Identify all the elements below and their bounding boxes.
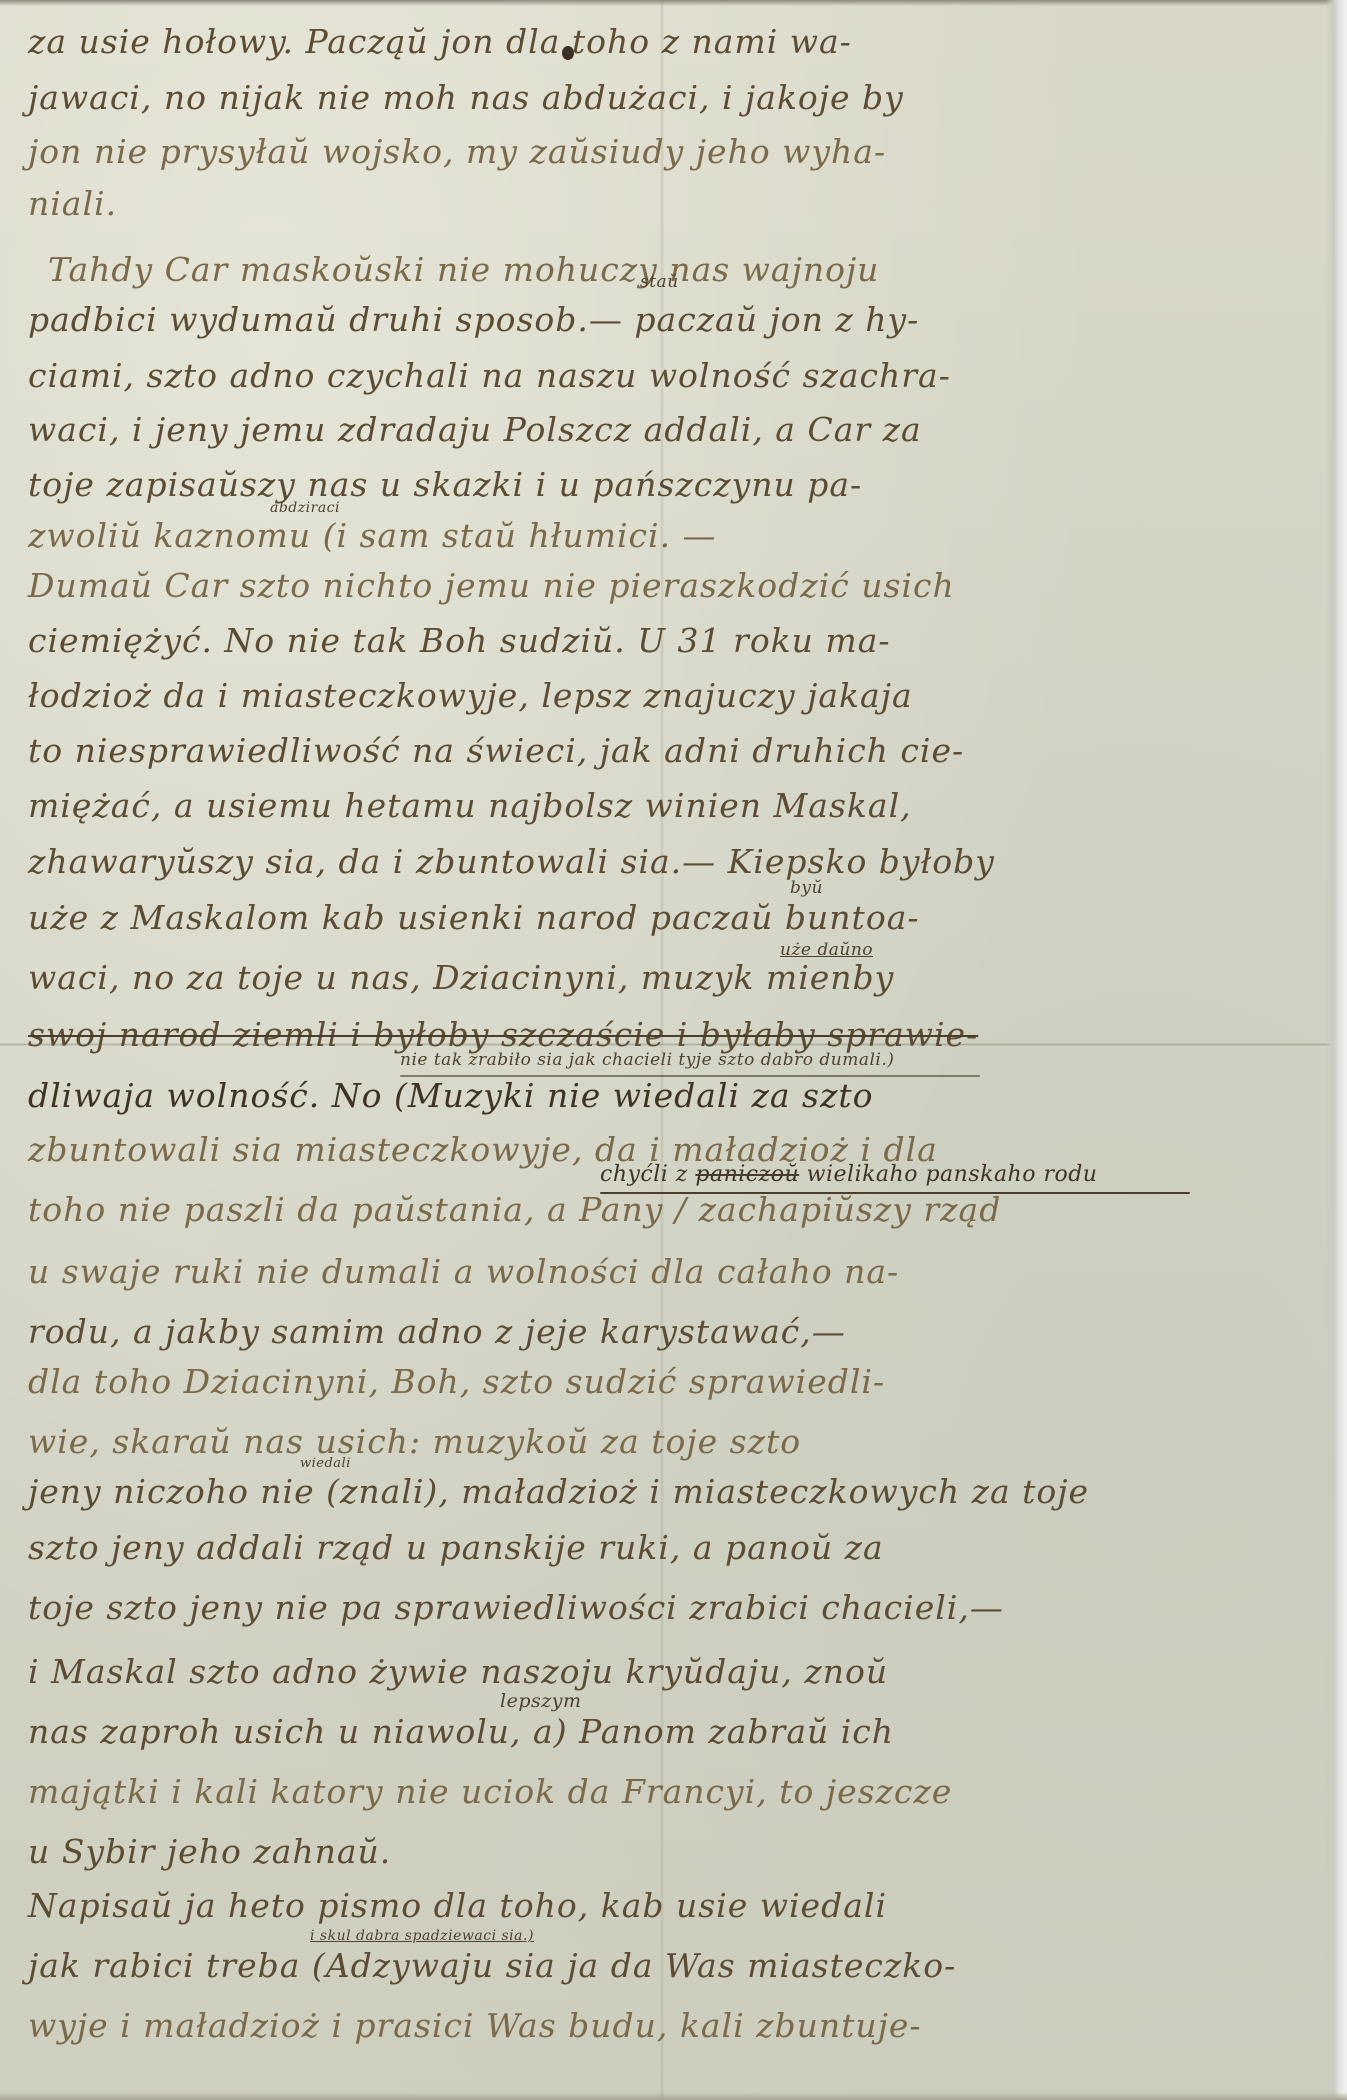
- manuscript-line-28: szto jeny addali rząd u panskije ruki, a…: [28, 1528, 884, 1567]
- interlinear-abdziraci: abdziraci: [270, 500, 340, 516]
- manuscript-line-1: za usie hołowy. Pacząŭ jon dla toho z na…: [28, 22, 852, 61]
- manuscript-line-35: jak rabici treba (Adzywaju sia ja da Was…: [28, 1946, 956, 1985]
- manuscript-line-14: to niesprawiedliwość na świeci, jak adni…: [28, 731, 964, 770]
- manuscript-line-29: toje szto jeny nie pa sprawiedliwości zr…: [28, 1588, 1004, 1627]
- manuscript-line-2: jawaci, no nijak nie moh nas abdużaci, i…: [28, 78, 904, 117]
- manuscript-line-31: nas zaproh usich u niawolu, a) Panom zab…: [28, 1712, 894, 1751]
- interlinear-paniczou-struck: paniczoŭ: [695, 1162, 799, 1187]
- manuscript-line-19-struck: swoj narod ziemli i byłoby szczaście i b…: [28, 1015, 978, 1054]
- manuscript-line-27: jeny niczoho nie (znali), maładzioż i mi…: [28, 1472, 1089, 1511]
- deckle-right-edge: [1325, 0, 1347, 2100]
- manuscript-line-6: padbici wydumaŭ druhi sposob.— paczaŭ jo…: [28, 300, 919, 339]
- manuscript-line-9: toje zapisaŭszy nas u skazki i u pańszcz…: [28, 465, 862, 504]
- manuscript-line-5: Tahdy Car maskoŭski nie mohuczy nas wajn…: [48, 250, 879, 289]
- page-bottom-edge: [0, 2092, 1347, 2100]
- manuscript-page: za usie hołowy. Pacząŭ jon dla toho z na…: [0, 0, 1347, 2100]
- interlinear-nie-tak: nie tak zrabiło sia jak chacieli tyje sz…: [400, 1050, 894, 1070]
- manuscript-line-22: toho nie paszli da paŭstania, a Pany / z…: [28, 1190, 1001, 1229]
- interlinear-stau: staŭ: [640, 272, 679, 292]
- manuscript-line-10: zwoliŭ kaznomu (i sam staŭ hłumici. —: [28, 516, 717, 555]
- interlinear-chycli-text: chyćli z: [600, 1162, 688, 1187]
- manuscript-line-20: dliwaja wolność. No (Muzyki nie wiedali …: [28, 1076, 874, 1115]
- manuscript-line-24: rodu, a jakby samim adno z jeje karystaw…: [28, 1312, 846, 1351]
- manuscript-line-8: waci, i jeny jemu zdradaju Polszcz addal…: [28, 410, 922, 449]
- interlinear-wiedali: wiedali: [300, 1456, 351, 1471]
- manuscript-line-25: dla toho Dziacinyni, Boh, szto sudzić sp…: [28, 1362, 885, 1401]
- manuscript-line-12: ciemiężyć. No nie tak Boh sudziŭ. U 31 r…: [28, 621, 891, 660]
- manuscript-line-17: uże z Maskalom kab usienki narod paczaŭ …: [28, 898, 920, 937]
- manuscript-line-7: ciami, szto adno czychali na naszu wolno…: [28, 356, 951, 395]
- interlinear-lepszym: lepszym: [500, 1690, 582, 1712]
- manuscript-line-16: zhawaryŭszy sia, da i zbuntowali sia.— K…: [28, 842, 995, 881]
- interlinear-byu: byŭ: [790, 878, 823, 898]
- interlinear-i-skul: i skul dabra spadziewaci sia.): [310, 1928, 534, 1944]
- interlinear-chycli: chyćli z paniczoŭ wielikaho panskaho rod…: [600, 1162, 1097, 1187]
- manuscript-line-33: u Sybir jeho zahnaŭ.: [28, 1832, 391, 1871]
- manuscript-line-11: Dumaŭ Car szto nichto jemu nie pieraszko…: [28, 566, 955, 605]
- manuscript-line-4: niali.: [28, 184, 117, 223]
- manuscript-line-18: waci, no za toje u nas, Dziacinyni, muzy…: [28, 958, 894, 997]
- manuscript-line-34: Napisaŭ ja heto pismo dla toho, kab usie…: [28, 1886, 887, 1925]
- page-top-edge: [0, 0, 1347, 6]
- manuscript-line-13: łodzioż da i miasteczkowyje, lepsz znaju…: [28, 676, 913, 715]
- interlinear-wielikaho: wielikaho panskaho rodu: [807, 1162, 1098, 1187]
- interlinear-uze-dauno: uże daŭno: [780, 940, 873, 960]
- manuscript-line-26: wie, skaraŭ nas usich: muzykoŭ za toje s…: [28, 1422, 801, 1461]
- manuscript-line-15: miężać, a usiemu hetamu najbolsz winien …: [28, 786, 912, 825]
- manuscript-line-30: i Maskal szto adno żywie naszoju kryŭdaj…: [28, 1652, 888, 1691]
- manuscript-line-23: u swaje ruki nie dumali a wolności dla c…: [28, 1252, 899, 1291]
- manuscript-line-32: majątki i kali katory nie uciok da Franc…: [28, 1772, 952, 1811]
- manuscript-line-36: wyje i maładzioż i prasici Was budu, kal…: [28, 2006, 922, 2045]
- manuscript-line-3: jon nie prysyłaŭ wojsko, my zaŭsiudy jeh…: [28, 132, 886, 171]
